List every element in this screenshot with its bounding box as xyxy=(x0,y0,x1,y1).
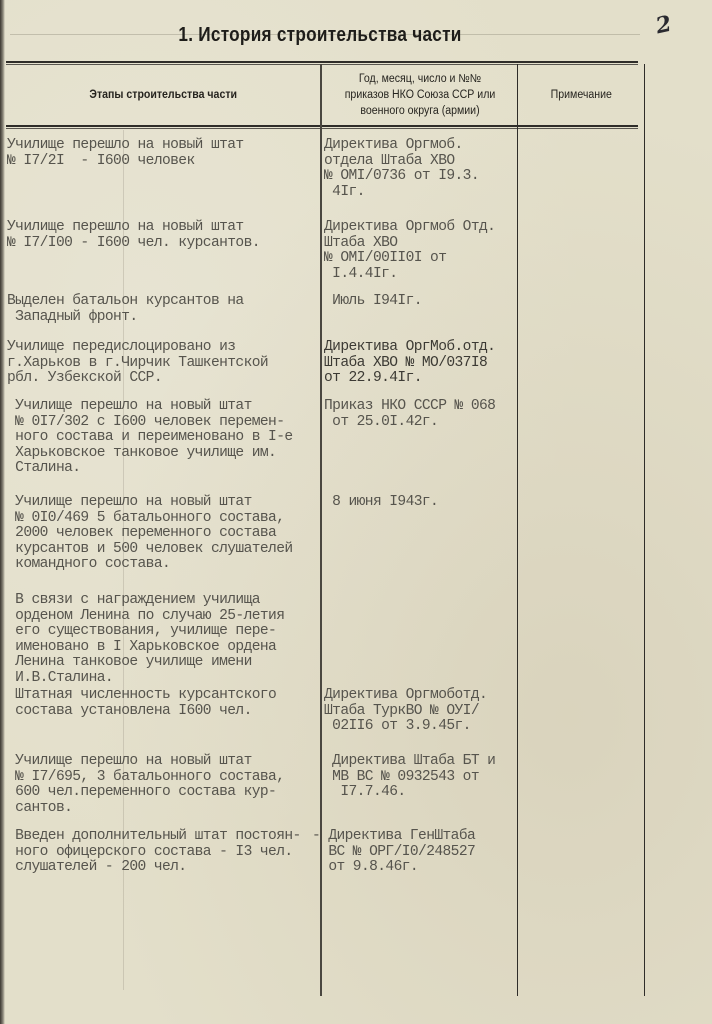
row-5-stage: Училище перешло на новый штат № 0I7/302 … xyxy=(7,399,293,477)
row-1-stage: Училище перешло на новый штат № I7/2I - … xyxy=(7,138,244,169)
header-notes-label: Примечание xyxy=(551,87,612,103)
column-divider-3 xyxy=(644,64,645,996)
header-orders: Год, месяц, число и №№ приказов НКО Союз… xyxy=(322,64,517,126)
page-title: 1. История строительства части xyxy=(45,24,595,47)
column-divider-2 xyxy=(517,64,518,996)
document-page: 1. История строительства части 2 Этапы с… xyxy=(0,0,712,1024)
row-4-order: Директива ОргМоб.отд. Штаба ХВО № MO/037… xyxy=(324,340,495,387)
header-stages-label: Этапы строительства части xyxy=(89,87,237,103)
row-5-order: Приказ НКО СССР № 068 от 25.0I.42г. xyxy=(324,399,495,430)
row-3-stage: Выделен батальон курсантов на Западный ф… xyxy=(7,294,244,325)
row-6-order: 8 июня I943г. xyxy=(324,495,438,511)
page-binding-edge xyxy=(0,0,5,1024)
row-8-order: Директива Оргмоботд. Штаба ТуркВО № ОУI/… xyxy=(324,688,487,735)
row-7-stage: В связи с награждением училища орденом Л… xyxy=(7,593,284,687)
header-stages: Этапы строительства части xyxy=(6,64,320,126)
row-10-order: - Директива ГенШтаба ВС № ОРГ/I0/248527 … xyxy=(312,829,475,876)
row-10-stage: Введен дополнительный штат постоян- ного… xyxy=(7,829,301,876)
handwritten-page-number: 2 xyxy=(653,11,673,40)
row-2-order: Директива Оргмоб Отд. Штаба ХВО № OMI/00… xyxy=(324,220,495,282)
header-notes: Примечание xyxy=(519,64,644,126)
row-9-order: Директива Штаба БТ и МВ ВС № 0932543 от … xyxy=(324,754,495,801)
row-1-order: Директива Оргмоб. отдела Штаба ХВО № OMI… xyxy=(324,138,479,200)
row-2-stage: Училище перешло на новый штат № I7/I00 -… xyxy=(7,220,260,251)
row-9-stage: Училище перешло на новый штат № I7/695, … xyxy=(7,754,284,816)
row-8-stage: Штатная численность курсантского состава… xyxy=(7,688,276,719)
header-orders-label: Год, месяц, число и №№ приказов НКО Союз… xyxy=(337,71,503,119)
row-6-stage: Училище перешло на новый штат № 0I0/469 … xyxy=(7,495,293,573)
row-4-stage: Училище передислоцировано из г.Харьков в… xyxy=(7,340,268,387)
row-3-order: Июль I94Iг. xyxy=(324,294,422,310)
